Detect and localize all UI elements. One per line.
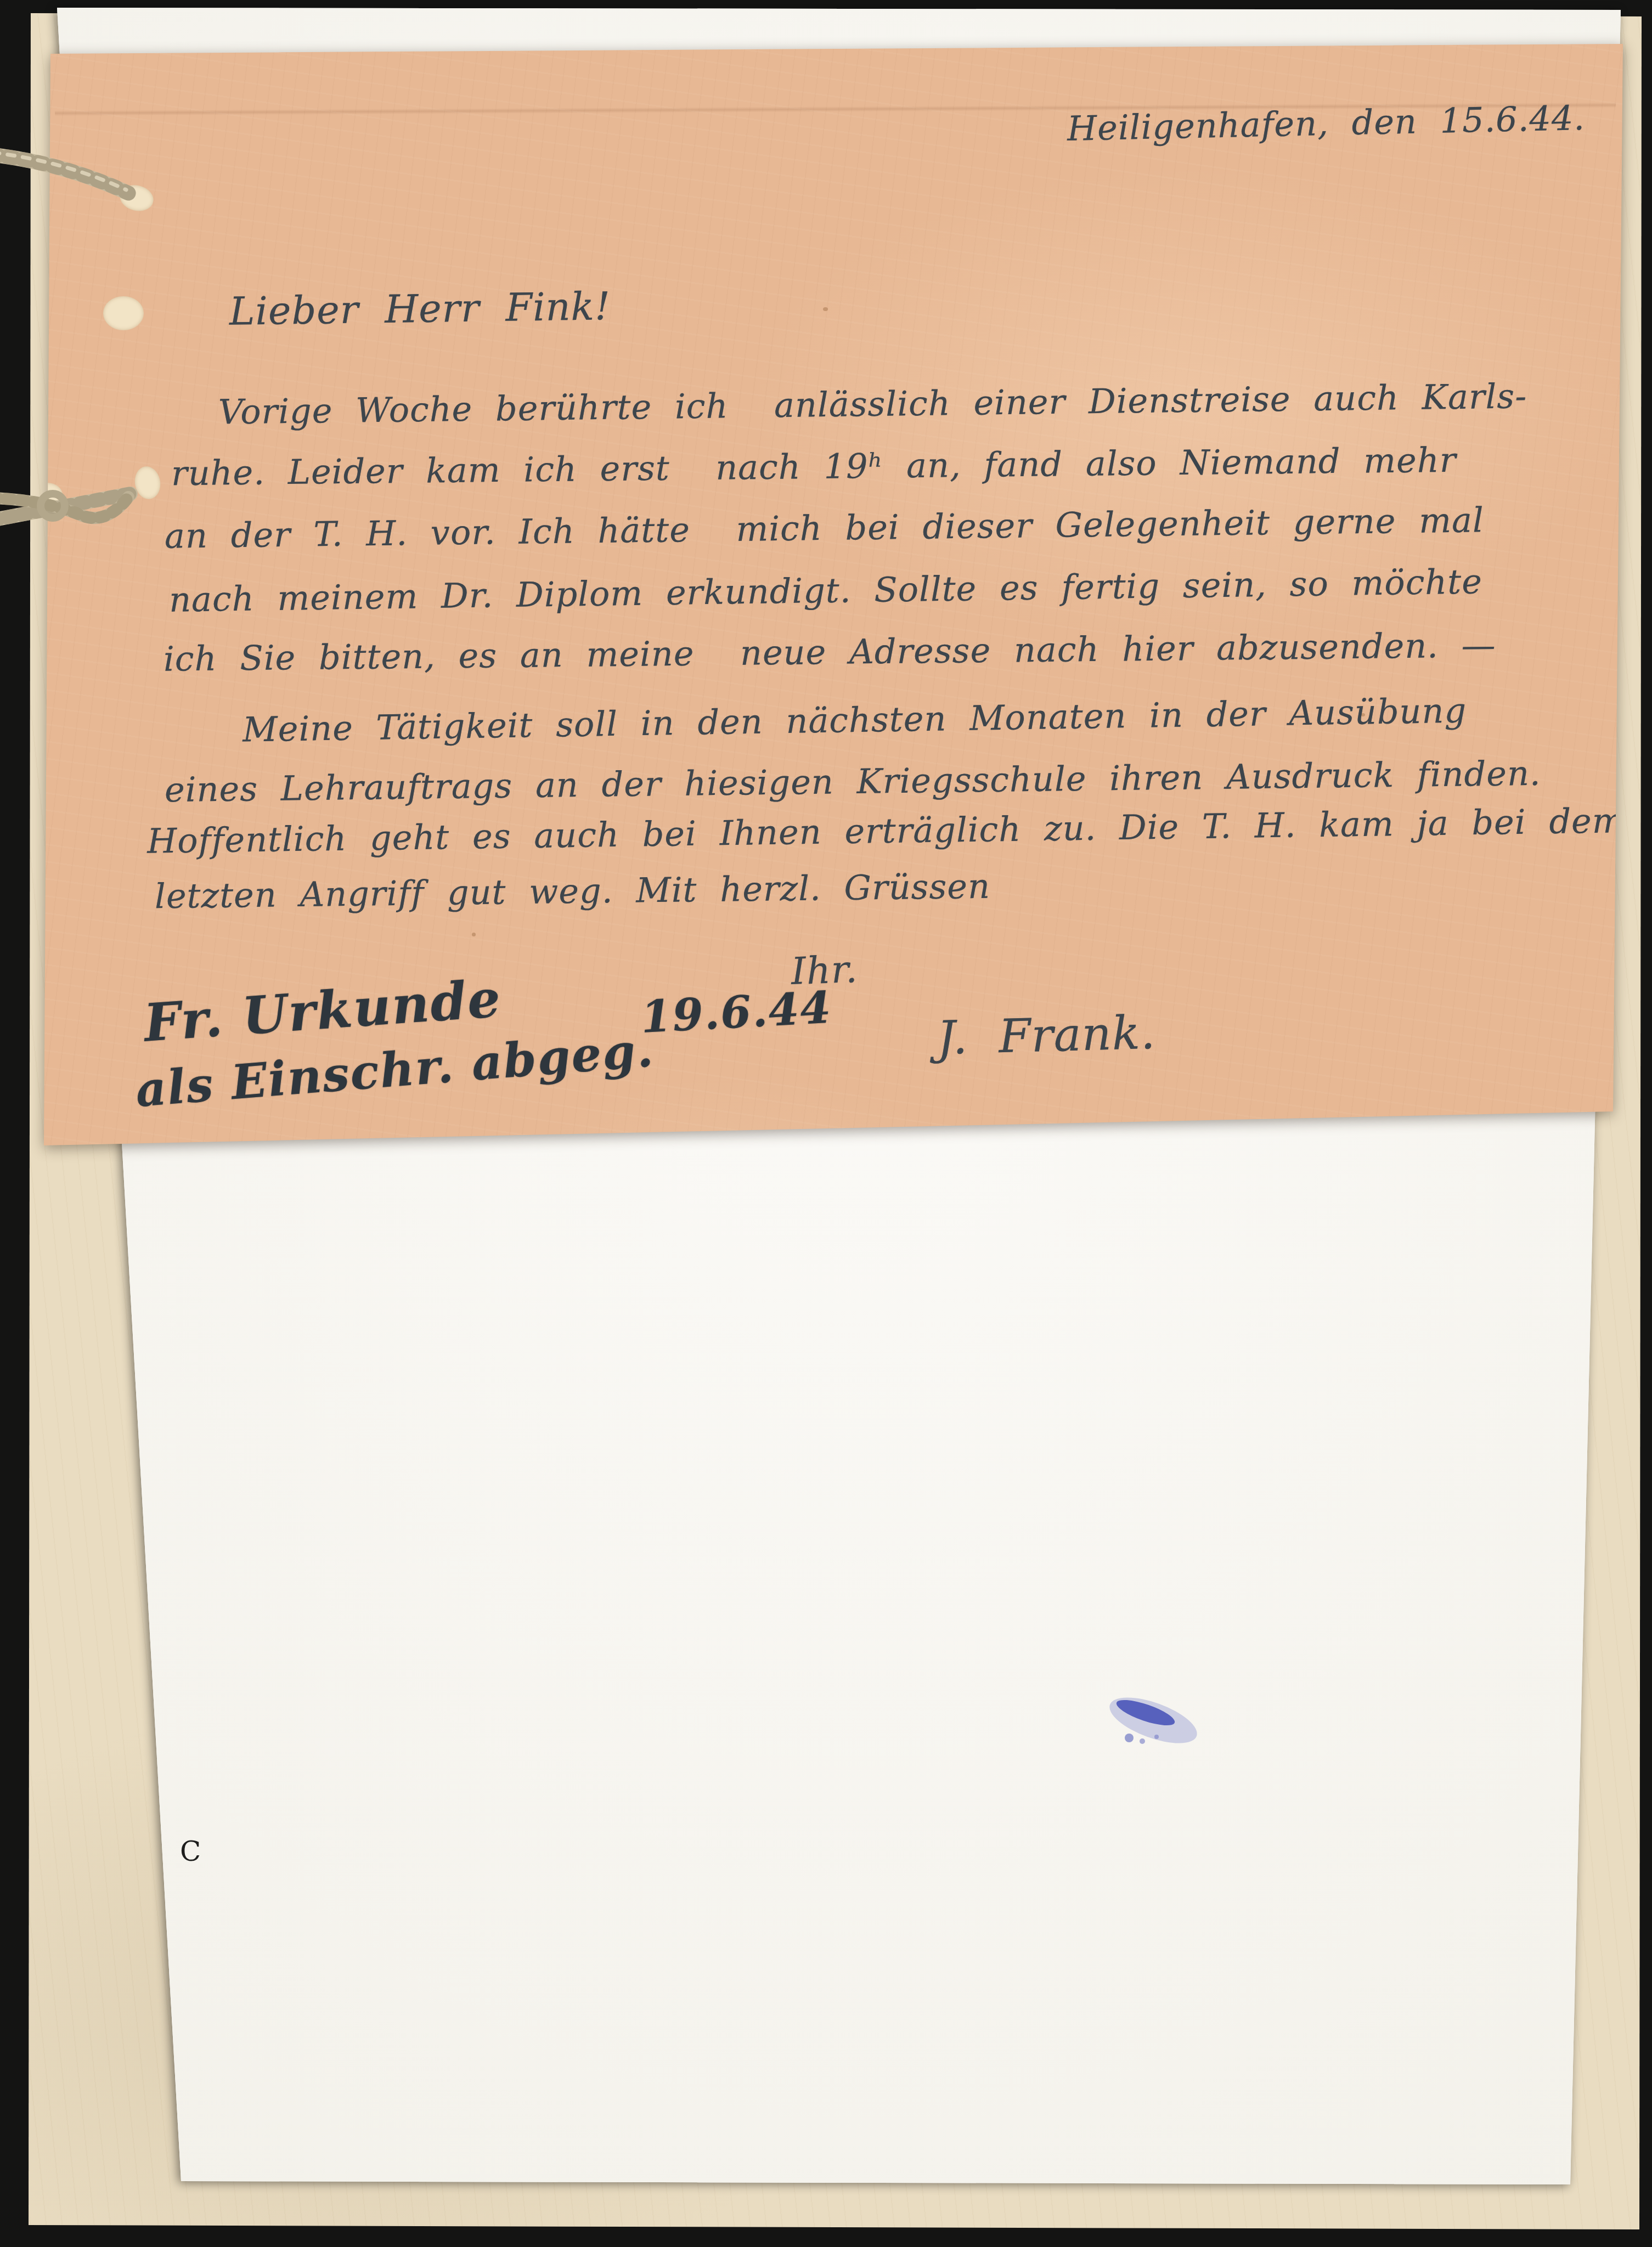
body-line: an der T. H. vor. Ich hätte mich bei die… bbox=[165, 500, 1485, 556]
salutation: Lieber Herr Fink! bbox=[229, 284, 611, 334]
body-line: ruhe. Leider kam ich erst nach 19ʰ an, f… bbox=[171, 440, 1457, 494]
punch-hole-lower bbox=[132, 464, 163, 501]
body-line: Meine Tätigkeit soll in den nächsten Mon… bbox=[243, 690, 1467, 749]
worn-spot-left-edge bbox=[32, 483, 63, 507]
scanned-document: C Heiligenhafen, den 15.6.44. bbox=[0, 0, 1652, 2247]
punch-hole-top bbox=[117, 182, 156, 214]
body-line: Vorige Woche berührte ich anlässlich ein… bbox=[218, 376, 1527, 432]
office-note-date: 19.6.44 bbox=[640, 981, 833, 1043]
worn-spot-middle bbox=[103, 296, 144, 330]
signature: J. Frank. bbox=[937, 1006, 1157, 1065]
letter-shadow: Heiligenhafen, den 15.6.44. Lieber Herr … bbox=[0, 0, 1652, 2247]
paper-speck bbox=[823, 307, 828, 311]
body-line: nach meinem Dr. Diplom erkundigt. Sollte… bbox=[169, 561, 1483, 619]
body-line: eines Lehrauftrags an der hiesigen Krieg… bbox=[165, 753, 1541, 810]
body-line: letzten Angriff gut weg. Mit herzl. Grüs… bbox=[155, 866, 991, 917]
paper-speck bbox=[472, 933, 476, 936]
letter-paper: Heiligenhafen, den 15.6.44. Lieber Herr … bbox=[0, 0, 1652, 2247]
body-line: ich Sie bitten, es an meine neue Adresse… bbox=[163, 625, 1496, 679]
body-line: Hoffentlich geht es auch bei Ihnen erträ… bbox=[147, 800, 1625, 861]
